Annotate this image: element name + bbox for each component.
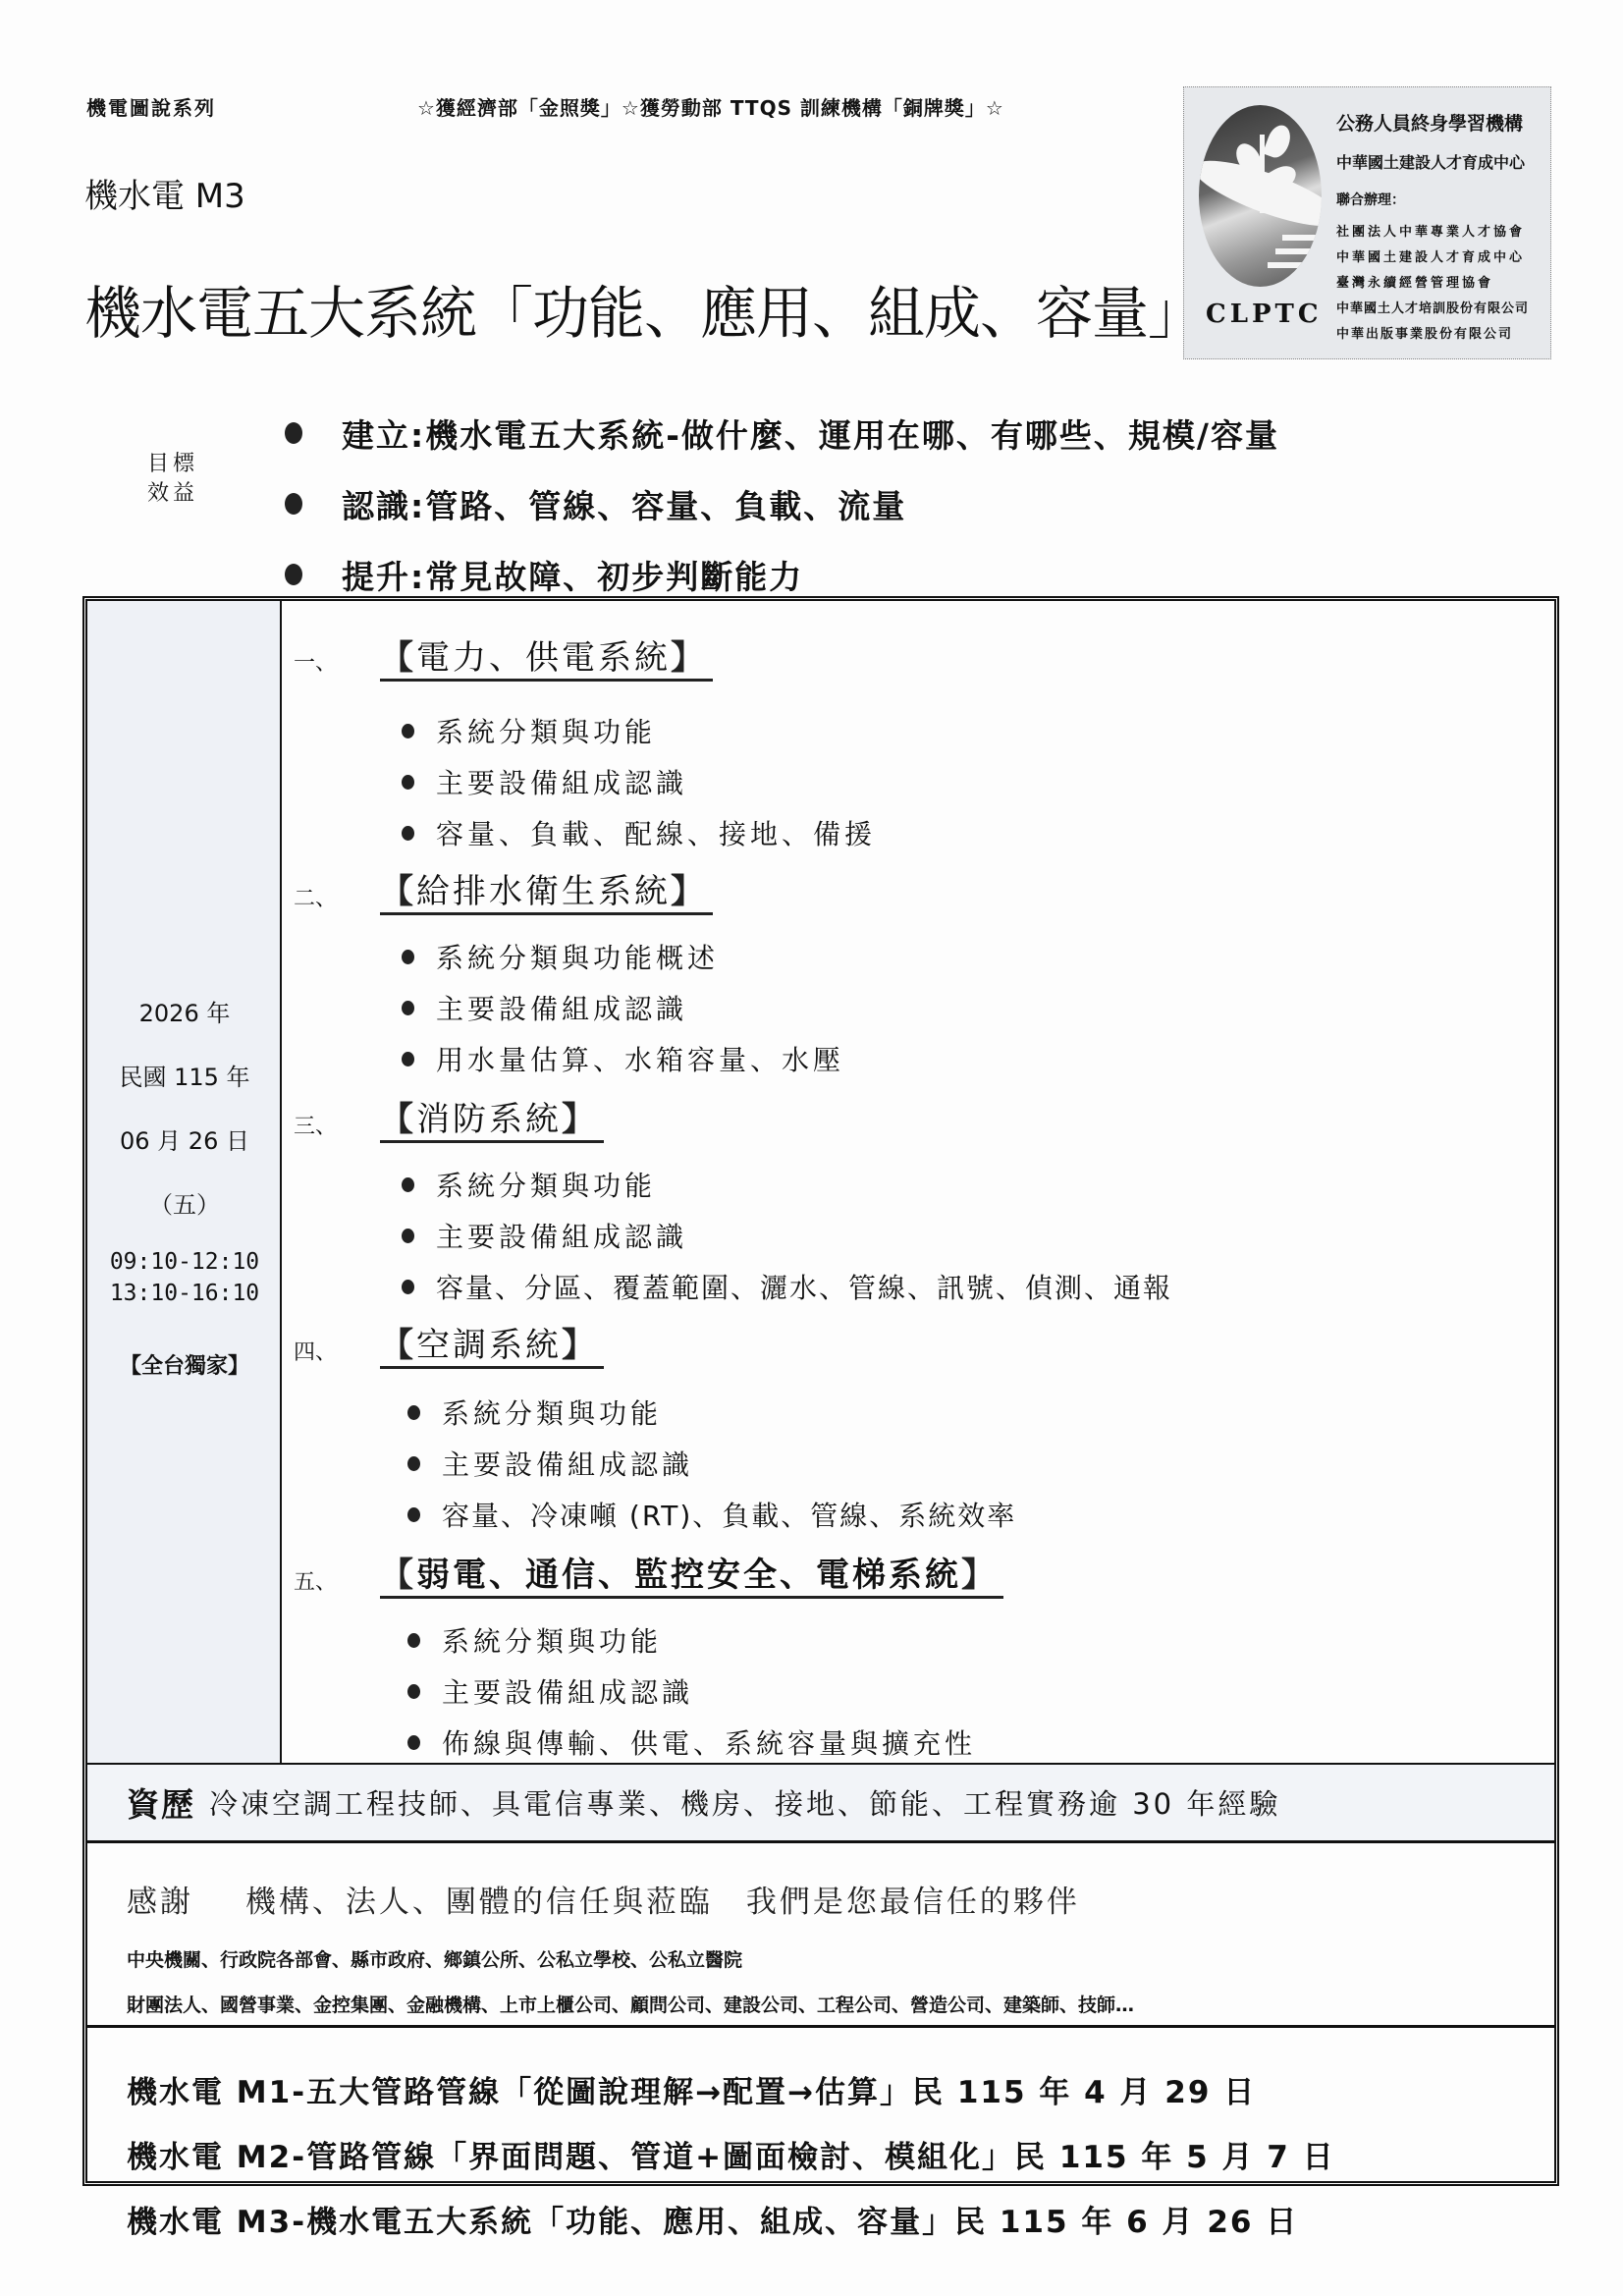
section-title: 【消防系統】	[380, 1092, 604, 1143]
schedule-column: 2026 年 民國 115 年 06 月 26 日 （五） 09:10-12:1…	[87, 601, 282, 1763]
bullet-icon	[402, 1052, 414, 1066]
schedule-weekday: （五）	[87, 1185, 282, 1220]
section-item: 容量、冷凍噸 (RT)、負載、管線、系統效率	[407, 1495, 1016, 1534]
course-item-m3: 機水電 M3-機水電五大系統「功能、應用、組成、容量」民 115 年 6 月 2…	[127, 2197, 1298, 2241]
bullet-icon	[402, 1280, 414, 1294]
schedule-time-morning: 09:10-12:10	[87, 1249, 282, 1275]
client-list-government: 中央機關、行政院各部會、縣市政府、鄉鎮公所、公私立學校、公私立醫院	[127, 1945, 742, 1972]
thanks-label: 感謝	[127, 1885, 193, 1920]
bullet-icon	[402, 950, 414, 964]
section-title: 【空調系統】	[380, 1318, 604, 1369]
page-title: 機水電五大系統「功能、應用、組成、容量」	[84, 267, 1204, 350]
series-label: 機電圖說系列	[86, 92, 216, 121]
goals-label: 目標 效益	[147, 450, 198, 509]
org-name: 公務人員終身學習機構	[1336, 109, 1523, 136]
organization-logo-block: CLPTC 公務人員終身學習機構 中華國土建設人才育成中心 聯合辦理： 社團法人…	[1183, 86, 1551, 359]
partner: 中華國土建設人才育成中心	[1336, 246, 1525, 265]
schedule-date: 06 月 26 日	[87, 1121, 282, 1156]
goal-item: 建立:機水電五大系統-做什麼、運用在哪、有哪些、規模/容量	[285, 398, 1279, 468]
course-item-m1: 機水電 M1-五大管路管線「從圖說理解→配置→估算」民 115 年 4 月 29…	[127, 2067, 1256, 2111]
client-list-enterprise: 財團法人、國營事業、金控集團、金融機構、上市上櫃公司、顧問公司、建設公司、工程公…	[127, 1991, 1134, 2017]
partner: 臺灣永續經營管理協會	[1336, 272, 1493, 291]
course-outline-box: 2026 年 民國 115 年 06 月 26 日 （五） 09:10-12:1…	[82, 596, 1559, 2186]
partner: 中華國土人才培訓股份有限公司	[1336, 298, 1529, 316]
org-subname: 中華國土建設人才育成中心	[1336, 150, 1525, 173]
section-item: 系統分類與功能	[402, 1165, 656, 1204]
bullet-icon	[402, 826, 414, 841]
section-item: 主要設備組成認識	[402, 1216, 687, 1255]
bullet-icon	[402, 1177, 414, 1192]
bullet-icon	[407, 1684, 420, 1699]
bullet-icon	[285, 493, 302, 515]
bullet-icon	[407, 1735, 420, 1750]
section-item: 系統分類與功能	[402, 711, 656, 750]
section-title: 【弱電、通信、監控安全、電梯系統】	[380, 1548, 1003, 1599]
credentials-label: 資歷	[127, 1779, 195, 1826]
section-item: 系統分類與功能概述	[402, 937, 719, 976]
goals-list: 建立:機水電五大系統-做什麼、運用在哪、有哪些、規模/容量 認識:管路、管線、容…	[285, 398, 1279, 610]
bullet-icon	[407, 1633, 420, 1648]
bullet-icon	[285, 422, 302, 444]
logo-acronym: CLPTC	[1206, 300, 1323, 329]
partner: 中華出版事業股份有限公司	[1336, 323, 1513, 342]
bullet-icon	[407, 1456, 420, 1471]
section-item: 主要設備組成認識	[407, 1671, 693, 1711]
section-number: 一、	[294, 646, 337, 677]
course-item-m2: 機水電 M2-管路管線「界面問題、管道+圖面檢討、模組化」民 115 年 5 月…	[127, 2132, 1335, 2176]
schedule-roc-year: 民國 115 年	[87, 1058, 282, 1092]
section-item: 主要設備組成認識	[402, 988, 687, 1027]
section-item: 用水量估算、水箱容量、水壓	[402, 1039, 844, 1078]
section-item: 佈線與傳輸、供電、系統容量與擴充性	[407, 1722, 976, 1762]
bullet-icon	[285, 564, 302, 585]
section-number: 三、	[294, 1110, 337, 1140]
section-number: 五、	[294, 1565, 337, 1596]
thanks-section: 感謝 機構、法人、團體的信任與蒞臨 我們是您最信任的夥伴 中央機關、行政院各部會…	[87, 1843, 1554, 2028]
section-item: 系統分類與功能	[407, 1393, 662, 1432]
award-banner: ☆獲經濟部「金照獎」☆獲勞動部 TTQS 訓練機構「銅牌獎」☆	[417, 92, 1004, 121]
instructor-credentials: 資歷 冷凍空調工程技師、具電信專業、機房、接地、節能、工程實務逾 30 年經驗	[87, 1763, 1554, 1843]
bullet-icon	[402, 1229, 414, 1243]
section-number: 二、	[294, 882, 337, 912]
schedule-year: 2026 年	[87, 994, 282, 1028]
schedule-time-afternoon: 13:10-16:10	[87, 1281, 282, 1306]
bullet-icon	[407, 1405, 420, 1420]
co-organizer-label: 聯合辦理：	[1336, 190, 1405, 209]
bullet-icon	[402, 724, 414, 738]
section-item: 系統分類與功能	[407, 1620, 662, 1660]
partner: 社團法人中華專業人才協會	[1336, 221, 1525, 240]
bullet-icon	[402, 775, 414, 790]
section-item: 主要設備組成認識	[407, 1444, 693, 1483]
section-item: 容量、負載、配線、接地、備援	[402, 813, 876, 852]
section-title: 【電力、供電系統】	[380, 630, 713, 682]
course-code: 機水電 M3	[84, 169, 245, 217]
section-number: 四、	[294, 1336, 337, 1366]
goal-item: 認識:管路、管線、容量、負載、流量	[285, 468, 1279, 539]
sprout-logo-icon	[1199, 105, 1322, 287]
bullet-icon	[402, 1001, 414, 1015]
credentials-text: 冷凍空調工程技師、具電信專業、機房、接地、節能、工程實務逾 30 年經驗	[209, 1782, 1280, 1823]
section-item: 主要設備組成認識	[402, 762, 687, 801]
bullet-icon	[407, 1507, 420, 1522]
section-title: 【給排水衛生系統】	[380, 864, 713, 915]
thanks-text: 機構、法人、團體的信任與蒞臨 我們是您最信任的夥伴	[245, 1885, 1080, 1920]
exclusive-badge: 【全台獨家】	[87, 1349, 282, 1380]
section-item: 容量、分區、覆蓋範圍、灑水、管線、訊號、偵測、通報	[402, 1267, 1172, 1306]
